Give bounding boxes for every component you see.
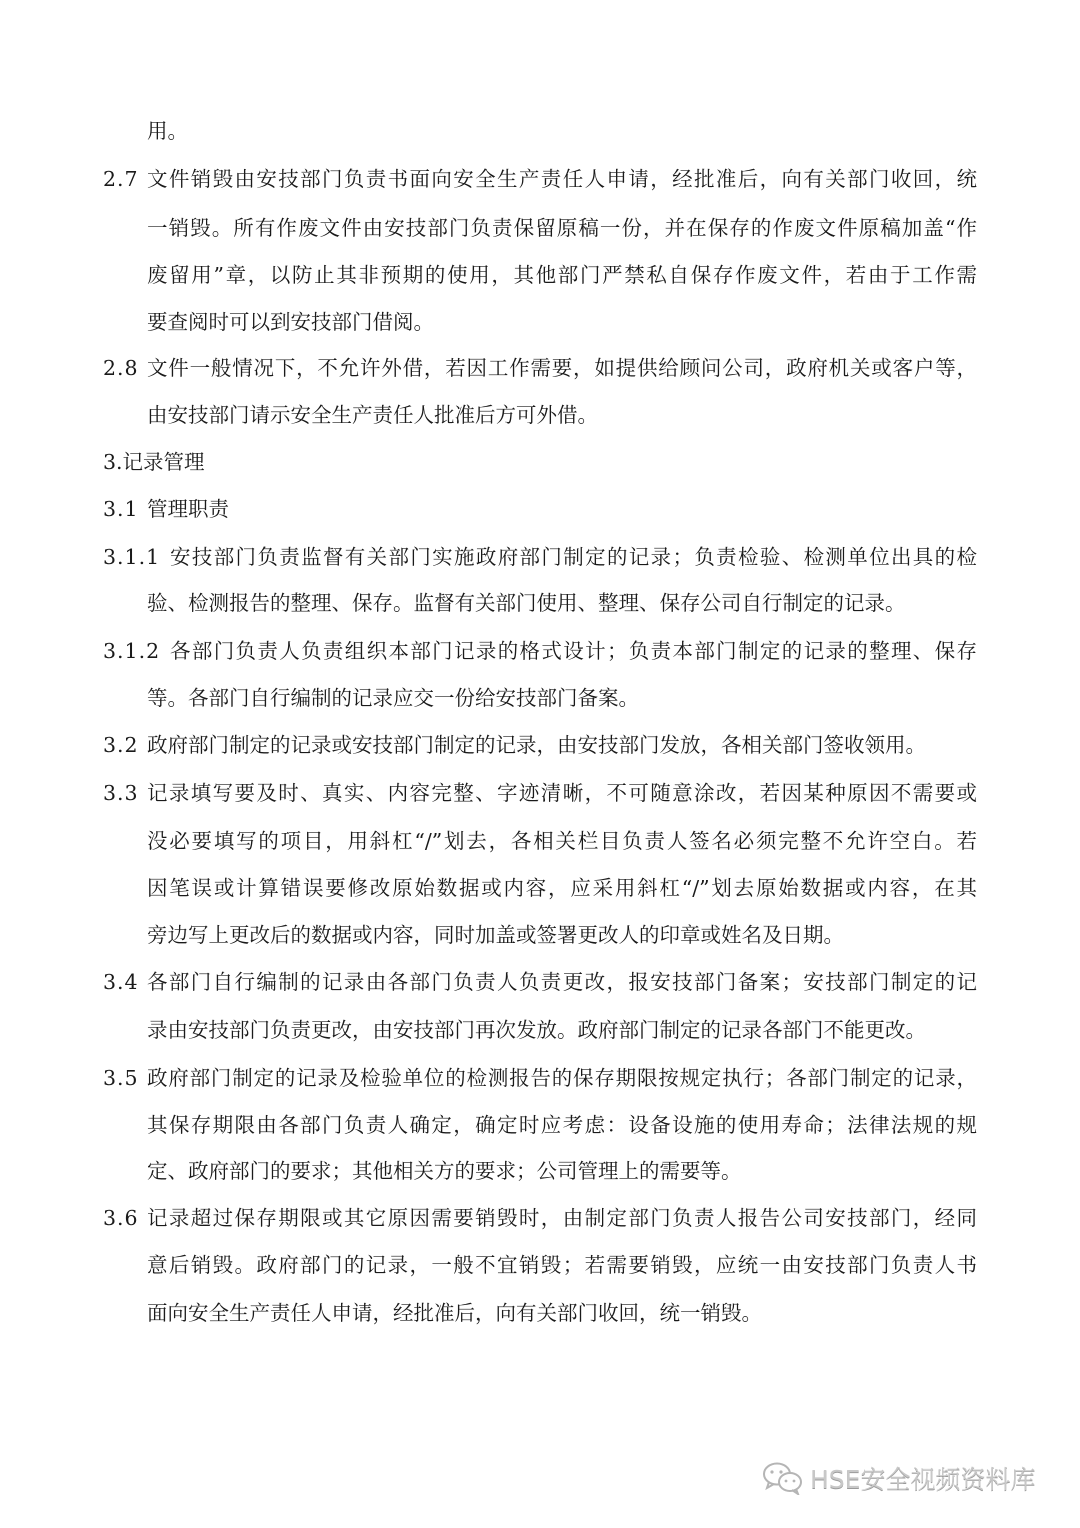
clause-number: 3.1.2 (103, 628, 160, 675)
clause-text: 政府部门制定的记录或安技部门制定的记录，由安技部门发放，各相关部门签收领用。 (147, 722, 977, 769)
clause-number: 2.7 (103, 156, 139, 203)
clause-text: 验、检测报告的整理、保存。监督有关部门使用、整理、保存公司自行制定的记录。 (147, 580, 977, 627)
clause-text: 安技部门负责监督有关部门实施政府部门制定的记录；负责检验、检测单位出具的检 (170, 534, 977, 581)
clause-text: 记录填写要及时、真实、内容完整、字迹清晰，不可随意涂改，若因某种原因不需要或 (147, 770, 977, 817)
clause-text: 3.记录管理 (103, 439, 933, 486)
document-page: 用。2.7文件销毁由安技部门负责书面向安全生产责任人申请，经批准后，向有关部门收… (0, 0, 1080, 1528)
clause-text: 面向安全生产责任人申请，经批准后，向有关部门收回，统一销毁。 (147, 1290, 977, 1337)
clause-text: 记录超过保存期限或其它原因需要销毁时，由制定部门负责人报告公司安技部门，经同 (147, 1195, 977, 1242)
clause-text: 由安技部门请示安全生产责任人批准后方可外借。 (147, 392, 977, 439)
clause-text: 政府部门制定的记录及检验单位的检测报告的保存期限按规定执行；各部门制定的记录， (147, 1055, 977, 1102)
clause-number: 3.1 (103, 486, 139, 533)
clause-text: 因笔误或计算错误要修改原始数据或内容，应采用斜杠“/”划去原始数据或内容，在其 (147, 865, 977, 912)
clause-text: 文件一般情况下，不允许外借，若因工作需要，如提供给顾问公司，政府机关或客户等， (147, 345, 977, 392)
clause-number: 3.1.1 (103, 534, 160, 581)
clause-text: 没必要填写的项目，用斜杠“/”划去，各相关栏目负责人签名必须完整不允许空白。若 (147, 818, 977, 865)
clause-text: 管理职责 (147, 486, 977, 533)
clause-text: 要查阅时可以到安技部门借阅。 (147, 299, 977, 346)
clause-text: 定、政府部门的要求；其他相关方的要求；公司管理上的需要等。 (147, 1148, 977, 1195)
watermark-text: HSE安全视频资料库 (810, 1460, 1035, 1496)
clause-text: 其保存期限由各部门负责人确定，确定时应考虑：设备设施的使用寿命；法律法规的规 (147, 1102, 977, 1149)
watermark: HSE安全视频资料库 (762, 1458, 1035, 1498)
clause-text: 一销毁。所有作废文件由安技部门负责保留原稿一份，并在保存的作废文件原稿加盖“作 (147, 205, 977, 252)
clause-text: 文件销毁由安技部门负责书面向安全生产责任人申请，经批准后，向有关部门收回，统 (147, 156, 977, 203)
clause-text: 各部门自行编制的记录由各部门负责人负责更改，报安技部门备案；安技部门制定的记 (147, 959, 977, 1006)
clause-text: 废留用”章，以防止其非预期的使用，其他部门严禁私自保存作废文件，若由于工作需 (147, 252, 977, 299)
clause-text: 意后销毁。政府部门的记录，一般不宜销毁；若需要销毁，应统一由安技部门负责人书 (147, 1242, 977, 1289)
clause-number: 3.5 (103, 1055, 139, 1102)
clause-text: 用。 (147, 108, 977, 155)
clause-number: 3.4 (103, 959, 139, 1006)
clause-text: 各部门负责人负责组织本部门记录的格式设计；负责本部门制定的记录的整理、保存 (170, 628, 977, 675)
clause-text: 旁边写上更改后的数据或内容，同时加盖或签署更改人的印章或姓名及日期。 (147, 912, 977, 959)
clause-number: 2.8 (103, 345, 139, 392)
clause-text: 等。各部门自行编制的记录应交一份给安技部门备案。 (147, 675, 977, 722)
clause-text: 录由安技部门负责更改，由安技部门再次发放。政府部门制定的记录各部门不能更改。 (147, 1007, 977, 1054)
clause-number: 3.6 (103, 1195, 139, 1242)
wechat-icon (762, 1461, 804, 1495)
clause-number: 3.3 (103, 770, 139, 817)
clause-number: 3.2 (103, 722, 139, 769)
